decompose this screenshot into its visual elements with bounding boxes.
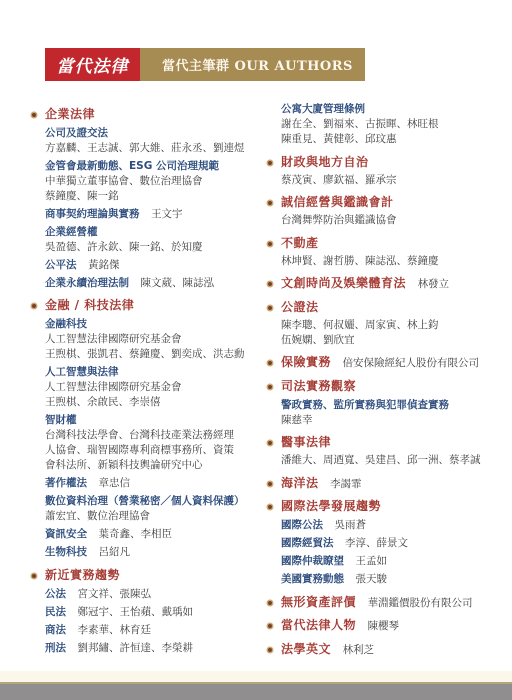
topic-title: 人工智慧與法律	[45, 366, 119, 378]
category-row: 當代法律人物陳櫻琴	[266, 618, 500, 634]
topic-row: 民法鄭冠宇、王怡蘋、戴瑀如	[30, 605, 264, 620]
bullet-icon	[268, 648, 272, 652]
bullet-icon	[268, 306, 272, 310]
topic-title: 公平法	[45, 259, 77, 271]
text-row: 蔡鐘慶、陳一銘	[30, 189, 264, 204]
topic-title: 國際經貿法	[281, 537, 334, 549]
brand-logo-box: 當代法律	[45, 48, 140, 81]
text-row: 人工智慧法律國際研究基金會	[30, 380, 264, 395]
names-text: 中華獨立董事協會、數位治理協會	[45, 175, 203, 187]
category-title: 無形資產評價	[281, 595, 356, 609]
topic-row: 生物科技呂紹凡	[30, 545, 264, 560]
topic-row: 國際經貿法李淳、薛景文	[266, 536, 500, 551]
topic-title: 美國實務動態	[281, 573, 344, 585]
names-text: 方嘉麟、王志誠、郭大維、莊永丞、劉連煜	[45, 142, 245, 154]
names-inline: 華淵鑑價股份有限公司	[368, 597, 473, 609]
topic-title: 國際仲裁瞭望	[281, 555, 344, 567]
bullet-icon	[268, 624, 272, 628]
text-row: 蔡茂寅、廖欽福、羅承宗	[266, 173, 500, 188]
category-title: 司法實務觀察	[281, 379, 356, 393]
names-text: 會科法所、新穎科技輿論研究中心	[45, 459, 203, 471]
names-text: 人協會、瑞智國際專利商標事務所、資策	[45, 444, 234, 456]
authors-column-left: 企業法律公司及證交法方嘉麟、王志誠、郭大維、莊永丞、劉連煜金管會最新動態、ESG…	[30, 99, 264, 656]
names-inline: 宮文祥、張陳弘	[78, 588, 152, 600]
category-title: 當代法律人物	[281, 618, 356, 632]
names-text: 蔡茂寅、廖欽福、羅承宗	[281, 174, 397, 186]
text-row: 伍婉嫻、劉欣宜	[266, 333, 500, 348]
bullet-icon	[268, 505, 272, 509]
category-title: 金融 / 科技法律	[45, 298, 134, 312]
topic-row: 金融科技	[30, 317, 264, 332]
topic-row: 刑法劉邦繡、許恒達、李榮耕	[30, 641, 264, 656]
topic-title: 公法	[45, 588, 66, 600]
text-row: 王煦棋、余啟民、李崇僖	[30, 395, 264, 410]
category-row: 新近實務趨勢	[30, 568, 264, 584]
topic-row: 公平法黃銘傑	[30, 258, 264, 273]
text-row: 人協會、瑞智國際專利商標事務所、資策	[30, 443, 264, 458]
names-text: 陳重見、黃健彰、邱玟惠	[281, 133, 397, 145]
names-inline: 章忠信	[99, 477, 131, 489]
text-row: 陳重見、黃健彰、邱玟惠	[266, 132, 500, 147]
text-row: 台灣舞弊防治與鑑識協會	[266, 213, 500, 228]
names-inline: 林利芝	[343, 644, 375, 656]
topic-row: 國際仲裁瞭望王孟如	[266, 554, 500, 569]
names-text: 林坤賢、謝哲勝、陳誌泓、蔡鐘慶	[281, 255, 439, 267]
names-text: 人工智慧法律國際研究基金會	[45, 381, 182, 393]
text-row: 陳李聰、何叔孋、周家寅、林上鈞	[266, 318, 500, 333]
scan-background	[0, 684, 512, 700]
category-title: 不動產	[281, 236, 319, 250]
text-row: 會科法所、新穎科技輿論研究中心	[30, 458, 264, 473]
category-row: 國際法學發展趨勢	[266, 499, 500, 515]
topic-row: 公司及證交法	[30, 126, 264, 141]
category-row: 誠信經營與鑑識會計	[266, 195, 500, 211]
category-title: 新近實務趨勢	[45, 568, 120, 582]
names-text: 人工智慧法律國際研究基金會	[45, 333, 182, 345]
names-text: 蕭宏宜、數位治理協會	[45, 510, 150, 522]
category-row: 法學英文林利芝	[266, 642, 500, 658]
names-text: 吳盈德、許永欽、陳一銘、於知慶	[45, 241, 203, 253]
text-row: 王煦棋、張凱君、蔡鐘慶、劉奕成、洪志勳	[30, 347, 264, 362]
category-row: 無形資產評價華淵鑑價股份有限公司	[266, 595, 500, 611]
category-title: 公證法	[281, 300, 319, 314]
text-row: 方嘉麟、王志誠、郭大維、莊永丞、劉連煜	[30, 141, 264, 156]
category-title: 醫事法律	[281, 435, 331, 449]
document-page: 當代法律 當代主筆群 OUR AUTHORS 企業法律公司及證交法方嘉麟、王志誠…	[0, 0, 512, 700]
names-inline: 倍安保險經紀人股份有限公司	[343, 357, 480, 369]
topic-title: 企業經營權	[45, 226, 98, 238]
names-text: 陳慈幸	[281, 414, 313, 426]
names-text: 陳李聰、何叔孋、周家寅、林上鈞	[281, 319, 439, 331]
text-row: 中華獨立董事協會、數位治理協會	[30, 174, 264, 189]
category-row: 公證法	[266, 300, 500, 316]
text-row: 謝在全、劉福來、古振暉、林旺根	[266, 117, 500, 132]
category-row: 保險實務倍安保險經紀人股份有限公司	[266, 355, 500, 371]
topic-title: 生物科技	[45, 546, 87, 558]
topic-row: 警政實務、監所實務與犯罪偵查實務	[266, 398, 500, 413]
names-text: 台灣科技法學會、台灣科技產業法務經理	[45, 429, 234, 441]
category-row: 不動產	[266, 236, 500, 252]
topic-title: 智財權	[45, 414, 77, 426]
bullet-icon	[32, 304, 36, 308]
topic-title: 公司及證交法	[45, 127, 108, 139]
category-title: 海洋法	[281, 476, 319, 490]
names-text: 謝在全、劉福來、古振暉、林旺根	[281, 118, 439, 130]
category-row: 財政與地方自治	[266, 155, 500, 171]
names-inline: 陳文葳、陳誌泓	[141, 277, 215, 289]
names-text: 王煦棋、余啟民、李崇僖	[45, 396, 161, 408]
names-inline: 張天駿	[356, 573, 388, 585]
names-inline: 吳雨蒼	[335, 519, 367, 531]
brand-logo-text: 當代法律	[57, 52, 129, 77]
names-inline: 林發立	[418, 278, 450, 290]
text-row: 人工智慧法律國際研究基金會	[30, 332, 264, 347]
topic-title: 刑法	[45, 642, 66, 654]
text-row: 吳盈德、許永欽、陳一銘、於知慶	[30, 240, 264, 255]
bullet-icon	[268, 441, 272, 445]
topic-title: 金融科技	[45, 318, 87, 330]
topic-row: 數位資料治理（營業秘密／個人資料保護）	[30, 494, 264, 509]
topic-row: 企業永續治理法制陳文葳、陳誌泓	[30, 276, 264, 291]
topic-title: 警政實務、監所實務與犯罪偵查實務	[281, 399, 449, 411]
topic-title: 數位資料治理（營業秘密／個人資料保護）	[45, 495, 245, 507]
topic-row: 公法宮文祥、張陳弘	[30, 587, 264, 602]
category-row: 司法實務觀察	[266, 379, 500, 395]
names-text: 王煦棋、張凱君、蔡鐘慶、劉奕成、洪志勳	[45, 348, 245, 360]
topic-title: 民法	[45, 606, 66, 618]
category-row: 金融 / 科技法律	[30, 298, 264, 314]
category-title: 文創時尚及娛樂體育法	[281, 276, 406, 290]
names-inline: 李淳、薛景文	[345, 537, 408, 549]
topic-title: 金管會最新動態、ESG 公司治理規範	[45, 160, 219, 172]
category-row: 文創時尚及娛樂體育法林發立	[266, 276, 500, 292]
category-title: 法學英文	[281, 642, 331, 656]
topic-row: 著作權法章忠信	[30, 476, 264, 491]
page-bottom-edge	[0, 671, 512, 684]
text-row: 潘維大、周迺寬、吳建昌、邱一洲、蔡孝誠	[266, 453, 500, 468]
category-title: 國際法學發展趨勢	[281, 499, 381, 513]
category-row: 企業法律	[30, 107, 264, 123]
topic-row: 企業經營權	[30, 225, 264, 240]
category-row: 醫事法律	[266, 435, 500, 451]
names-text: 潘維大、周迺寬、吳建昌、邱一洲、蔡孝誠	[281, 454, 481, 466]
bullet-icon	[268, 201, 272, 205]
names-inline: 葉奇鑫、李相臣	[99, 528, 173, 540]
names-inline: 王孟如	[356, 555, 388, 567]
bullet-icon	[32, 574, 36, 578]
bullet-icon	[268, 361, 272, 365]
category-title: 企業法律	[45, 107, 95, 121]
topic-row: 資訊安全葉奇鑫、李相臣	[30, 527, 264, 542]
category-row: 海洋法李謁霏	[266, 476, 500, 492]
topic-title: 國際公法	[281, 519, 323, 531]
names-text: 台灣舞弊防治與鑑識協會	[281, 214, 397, 226]
text-row: 蕭宏宜、數位治理協會	[30, 509, 264, 524]
bullet-icon	[268, 282, 272, 286]
names-inline: 呂紹凡	[99, 546, 131, 558]
bullet-icon	[268, 601, 272, 605]
bullet-icon	[268, 161, 272, 165]
topic-row: 商法李素華、林育廷	[30, 623, 264, 638]
topic-row: 智財權	[30, 413, 264, 428]
authors-column-right: 公寓大廈管理條例謝在全、劉福來、古振暉、林旺根陳重見、黃健彰、邱玟惠財政與地方自…	[266, 99, 500, 660]
bullet-icon	[268, 482, 272, 486]
names-inline: 黃銘傑	[88, 259, 120, 271]
authors-banner: 當代主筆群 OUR AUTHORS	[140, 48, 365, 81]
topic-row: 人工智慧與法律	[30, 365, 264, 380]
topic-title: 商事契約理論與實務	[45, 208, 140, 220]
bullet-icon	[268, 385, 272, 389]
category-title: 財政與地方自治	[281, 155, 369, 169]
names-inline: 李素華、林育廷	[78, 624, 152, 636]
text-row: 台灣科技法學會、台灣科技產業法務經理	[30, 428, 264, 443]
names-inline: 李謁霏	[330, 478, 362, 490]
topic-title: 公寓大廈管理條例	[281, 103, 365, 115]
names-text: 蔡鐘慶、陳一銘	[45, 190, 119, 202]
text-row: 陳慈幸	[266, 413, 500, 428]
topic-title: 著作權法	[45, 477, 87, 489]
category-title: 誠信經營與鑑識會計	[281, 195, 394, 209]
topic-row: 公寓大廈管理條例	[266, 102, 500, 117]
names-inline: 鄭冠宇、王怡蘋、戴瑀如	[78, 606, 194, 618]
topic-row: 金管會最新動態、ESG 公司治理規範	[30, 159, 264, 174]
names-inline: 陳櫻琴	[368, 620, 400, 632]
names-inline: 劉邦繡、許恒達、李榮耕	[78, 642, 194, 654]
topic-title: 企業永續治理法制	[45, 277, 129, 289]
bullet-icon	[32, 113, 36, 117]
bullet-icon	[268, 242, 272, 246]
authors-banner-title: 當代主筆群 OUR AUTHORS	[140, 55, 353, 74]
topic-title: 資訊安全	[45, 528, 87, 540]
topic-title: 商法	[45, 624, 66, 636]
names-text: 伍婉嫻、劉欣宜	[281, 334, 355, 346]
topic-row: 國際公法吳雨蒼	[266, 518, 500, 533]
text-row: 林坤賢、謝哲勝、陳誌泓、蔡鐘慶	[266, 254, 500, 269]
names-inline: 王文宇	[151, 208, 183, 220]
topic-row: 美國實務動態張天駿	[266, 572, 500, 587]
category-title: 保險實務	[281, 355, 331, 369]
topic-row: 商事契約理論與實務王文宇	[30, 207, 264, 222]
